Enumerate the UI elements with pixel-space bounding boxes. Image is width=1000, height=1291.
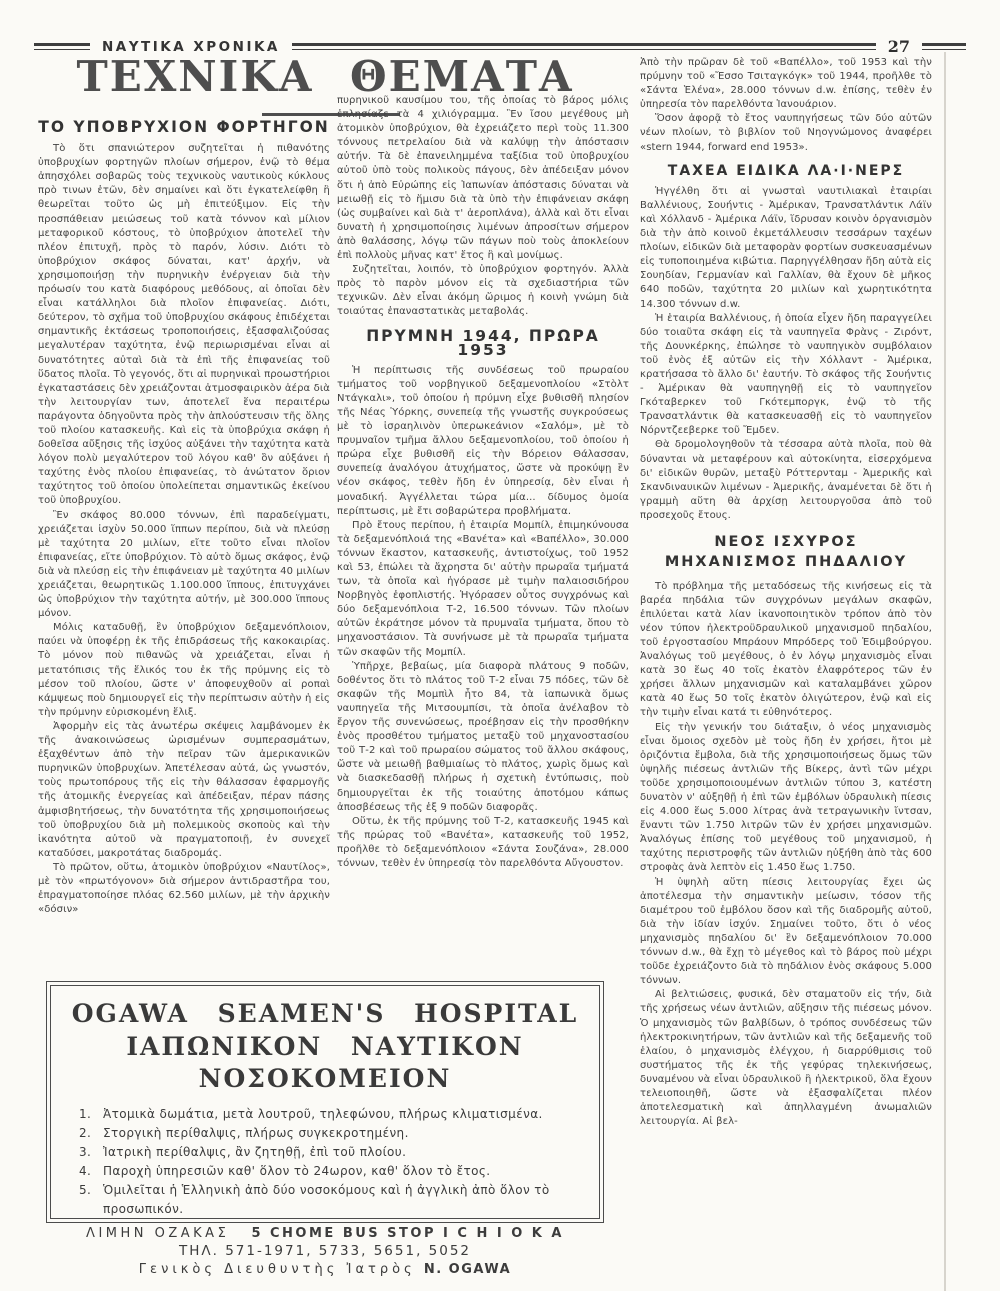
paragraph: πυρηνικοῦ καυσίμου του, τῆς ὁποίας τὸ βά… <box>337 94 629 263</box>
magazine-page: ΝΑΥΤΙΚΑ ΧΡΟΝΙΚΑ 27 ΤΕΧΝΙΚΑ ΘΕΜΑΤΑ ΤΟ ΥΠΟ… <box>0 0 1000 1291</box>
page-number: 27 <box>888 37 910 56</box>
paragraph: Συζητεῖται, λοιπόν, τὸ ὑποβρύχιον φορτηγ… <box>337 263 629 319</box>
paragraph: Ἠγγέλθη ὅτι αἱ γνωσταὶ ναυτιλιακαὶ ἑταιρ… <box>640 185 932 312</box>
list-item-number: 3. <box>79 1143 103 1162</box>
list-item: 3. Ἰατρικὴ περίθαλψις, ἂν ζητηθῇ, ἐπὶ το… <box>79 1143 571 1162</box>
article-heading-rudder-line1: ΝΕΟΣ ΙΣΧΥΡΟΣ <box>640 532 932 552</box>
ad-port-name: ΛΙΜΗΝ ΟΖΑΚΑΣ <box>86 1226 229 1241</box>
paragraph: Τὸ πρῶτον, οὕτω, ἀτομικὸν ὑποβρύχιον «Να… <box>38 861 330 917</box>
column-1: ΤΟ ΥΠΟΒΡΥΧΙΟΝ ΦΟΡΤΗΓΟΝ Τὸ ὅτι σπανιώτερο… <box>38 120 330 917</box>
advertisement-ogawa-hospital: OGAWA SEAMEN'S HOSPITAL ΙΑΠΩΝΙΚΟΝ ΝΑΥΤΙΚ… <box>46 981 604 1223</box>
ad-title-greek: ΙΑΠΩΝΙΚΟΝ ΝΑΥΤΙΚΟΝ ΝΟΣΟΚΟΜΕΙΟΝ <box>67 1031 583 1096</box>
ad-feature-list: 1. Ἀτομικὰ δωμάτια, μετὰ λουτροῦ, τηλεφώ… <box>79 1105 571 1220</box>
ad-director-title: Γενικὸς Διευθυντὴς Ἰατρὸς <box>139 1262 416 1277</box>
list-item-text: Παροχὴ ὑπηρεσιῶν καθ' ὅλον τὸ 24ωρον, κα… <box>103 1162 571 1181</box>
list-item-number: 4. <box>79 1162 103 1181</box>
column-3: Ἀπὸ τὴν πρῶραν δὲ τοῦ «Βαπέλλο», τοῦ 195… <box>640 56 932 1129</box>
advertisement-inner-border: OGAWA SEAMEN'S HOSPITAL ΙΑΠΩΝΙΚΟΝ ΝΑΥΤΙΚ… <box>50 985 600 1219</box>
paragraph: Ἡ ὑψηλὴ αὕτη πίεσις λειτουργίας ἔχει ὡς … <box>640 876 932 989</box>
list-item: 5. Ὁμιλεῖται ἡ Ἑλληνικὴ ἀπὸ δύο νοσοκόμο… <box>79 1181 571 1219</box>
paragraph: Τὸ πρόβλημα τῆς μεταδόσεως τῆς κινήσεως … <box>640 580 932 721</box>
paragraph: Τὸ ὅτι σπανιώτερον συζητεῖται ἡ πιθανότη… <box>38 142 330 508</box>
article-heading-rudder-line2: ΜΗΧΑΝΙΣΜΟΣ ΠΗΔΑΛΙΟΥ <box>640 552 932 572</box>
page-edge-scan-line <box>944 52 946 1291</box>
paragraph: Οὕτω, ἐκ τῆς πρύμνης τοῦ Τ-2, κατασκευῆς… <box>337 815 629 871</box>
list-item-text: Ἀτομικὰ δωμάτια, μετὰ λουτροῦ, τηλεφώνου… <box>103 1105 571 1124</box>
header-rule-right <box>922 43 966 50</box>
ad-title-english: OGAWA SEAMEN'S HOSPITAL <box>67 998 583 1031</box>
ad-phone-numbers: ΤΗΛ. 571-1971, 5733, 5651, 5052 <box>67 1243 583 1259</box>
header-rule-left <box>34 43 90 50</box>
paragraph: Ἡ ἑταιρία Βαλλένιους, ἡ ὁποία εἶχεν ἤδη … <box>640 312 932 439</box>
article-heading-fast-liners: ΤΑΧΕΑ ΕΙΔΙΚΑ ΛΑ·Ι·ΝΕΡΣ <box>640 164 932 178</box>
paragraph: Ἓν σκάφος 80.000 τόννων, ἐπὶ παραδείγματ… <box>38 509 330 622</box>
ad-bus-stop: 5 CHOME BUS STOP I C H I O K A <box>251 1226 564 1241</box>
ad-address-line: ΛΙΜΗΝ ΟΖΑΚΑΣ 5 CHOME BUS STOP I C H I O … <box>67 1226 583 1241</box>
article-heading-stern-bow: ΠΡΥΜΝΗ 1944, ΠΡΩΡΑ 1953 <box>337 329 629 357</box>
paragraph: Θὰ δρομολογηθοῦν τὰ τέσσαρα αὐτὰ πλοῖα, … <box>640 438 932 523</box>
paragraph: Αἱ βελτιώσεις, φυσικά, δὲν σταματοῦν εἰς… <box>640 988 932 1129</box>
paragraph: Μόλις καταδυθῇ, ἓν ὑποβρύχιον δεξαμενόπλ… <box>38 621 330 720</box>
paragraph: Ὅσον ἀφορᾷ τὸ ἔτος ναυπηγήσεως τῶν δύο α… <box>640 112 932 154</box>
list-item: 4. Παροχὴ ὑπηρεσιῶν καθ' ὅλον τὸ 24ωρον,… <box>79 1162 571 1181</box>
list-item-number: 1. <box>79 1105 103 1124</box>
paragraph: Πρὸ ἔτους περίπου, ἡ ἑταιρία Μομπίλ, ἐπι… <box>337 519 629 660</box>
list-item-number: 2. <box>79 1124 103 1143</box>
list-item-text: Ὁμιλεῖται ἡ Ἑλληνικὴ ἀπὸ δύο νοσοκόμους … <box>103 1181 571 1219</box>
paragraph: Ἀφορμὴν εἰς τὰς ἀνωτέρω σκέψεις λαμβάνομ… <box>38 720 330 861</box>
column-2: πυρηνικοῦ καυσίμου του, τῆς ὁποίας τὸ βά… <box>337 94 629 871</box>
list-item: 1. Ἀτομικὰ δωμάτια, μετὰ λουτροῦ, τηλεφώ… <box>79 1105 571 1124</box>
paragraph: Εἰς τὴν γενικήν του διάταξιν, ὁ νέος μηχ… <box>640 721 932 876</box>
paragraph: Ὑπῆρχε, βεβαίως, μία διαφορὰ πλάτους 9 π… <box>337 660 629 815</box>
list-item-number: 5. <box>79 1181 103 1219</box>
list-item: 2. Στοργικὴ περίθαλψις, πλήρως συγκεκροτ… <box>79 1124 571 1143</box>
ad-director-line: Γενικὸς Διευθυντὴς Ἰατρὸς N. OGAWA <box>67 1262 583 1277</box>
list-item-text: Στοργικὴ περίθαλψις, πλήρως συγκεκροτημέ… <box>103 1124 571 1143</box>
paragraph: Ἀπὸ τὴν πρῶραν δὲ τοῦ «Βαπέλλο», τοῦ 195… <box>640 56 932 112</box>
paragraph: Ἡ περίπτωσις τῆς συνδέσεως τοῦ πρωραίου … <box>337 364 629 519</box>
list-item-text: Ἰατρικὴ περίθαλψις, ἂν ζητηθῇ, ἐπὶ τοῦ π… <box>103 1143 571 1162</box>
header-rule-center <box>292 43 876 50</box>
ad-director-name: N. OGAWA <box>424 1262 511 1277</box>
article-heading-submarine-cargo: ΤΟ ΥΠΟΒΡΥΧΙΟΝ ΦΟΡΤΗΓΟΝ <box>38 120 330 134</box>
